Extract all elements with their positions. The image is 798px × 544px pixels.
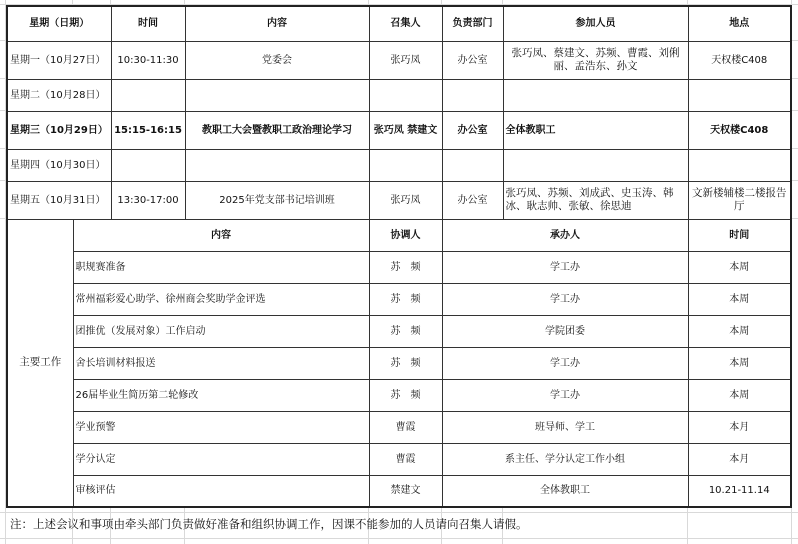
task-time: 本月 [688, 443, 791, 475]
main-work-row: 职规赛准备 苏 频 学工办 本周 [7, 251, 791, 283]
header-time: 时间 [111, 6, 185, 41]
task-coordinator: 苏 频 [369, 315, 442, 347]
department-cell [442, 79, 503, 111]
time-cell: 15:15-16:15 [111, 111, 185, 149]
location-cell: 天权楼C408 [688, 41, 791, 79]
task-handler: 学工办 [442, 379, 688, 411]
main-work-section-label: 主要工作 [7, 219, 73, 507]
task-handler: 班导师、学工 [442, 411, 688, 443]
convener-cell [369, 79, 442, 111]
time-cell [111, 79, 185, 111]
task-handler: 系主任、学分认定工作小组 [442, 443, 688, 475]
schedule-row-friday: 星期五（10月31日） 13:30-17:00 2025年党支部书记培训班 张巧… [7, 181, 791, 219]
header-day: 星期（日期） [7, 6, 111, 41]
schedule-row-wednesday: 星期三（10月29日） 15:15-16:15 教职工大会暨教职工政治理论学习 … [7, 111, 791, 149]
department-cell: 办公室 [442, 111, 503, 149]
main-work-row: 学业预警 曹霞 班导师、学工 本月 [7, 411, 791, 443]
task-content: 职规赛准备 [73, 251, 369, 283]
department-cell [442, 149, 503, 181]
department-cell: 办公室 [442, 41, 503, 79]
convener-cell [369, 149, 442, 181]
task-coordinator: 苏 频 [369, 283, 442, 315]
content-cell [185, 79, 369, 111]
header-attendees: 参加人员 [503, 6, 688, 41]
task-handler: 学工办 [442, 251, 688, 283]
task-content: 学业预警 [73, 411, 369, 443]
main-work-header-content: 内容 [73, 219, 369, 251]
task-time: 本周 [688, 315, 791, 347]
day-cell: 星期二（10月28日） [7, 79, 111, 111]
content-cell [185, 149, 369, 181]
task-coordinator: 禁建文 [369, 475, 442, 507]
task-time: 本周 [688, 251, 791, 283]
time-cell: 10:30-11:30 [111, 41, 185, 79]
weekly-schedule-table: 星期（日期） 时间 内容 召集人 负责部门 参加人员 地点 星期一（10月27日… [6, 5, 792, 508]
main-work-header-time: 时间 [688, 219, 791, 251]
task-content: 学分认定 [73, 443, 369, 475]
task-content: 常州福彩爱心助学、徐州商会奖助学金评选 [73, 283, 369, 315]
main-work-header-row: 主要工作 内容 协调人 承办人 时间 [7, 219, 791, 251]
header-department: 负责部门 [442, 6, 503, 41]
schedule-row-monday: 星期一（10月27日） 10:30-11:30 党委会 张巧凤 办公室 张巧凤、… [7, 41, 791, 79]
task-coordinator: 苏 频 [369, 251, 442, 283]
task-coordinator: 曹霞 [369, 443, 442, 475]
task-time: 本周 [688, 379, 791, 411]
main-work-header-coordinator: 协调人 [369, 219, 442, 251]
task-time: 10.21-11.14 [688, 475, 791, 507]
convener-cell: 张巧凤 禁建文 [369, 111, 442, 149]
main-work-row: 舍长培训材料报送 苏 频 学工办 本周 [7, 347, 791, 379]
day-cell: 星期五（10月31日） [7, 181, 111, 219]
convener-cell: 张巧凤 [369, 181, 442, 219]
attendees-cell [503, 79, 688, 111]
content-cell: 2025年党支部书记培训班 [185, 181, 369, 219]
task-coordinator: 曹霞 [369, 411, 442, 443]
header-convener: 召集人 [369, 6, 442, 41]
main-work-row: 26届毕业生简历第二轮修改 苏 频 学工办 本周 [7, 379, 791, 411]
department-cell: 办公室 [442, 181, 503, 219]
location-cell: 文新楼辅楼二楼报告厅 [688, 181, 791, 219]
task-handler: 学工办 [442, 283, 688, 315]
schedule-row-thursday: 星期四（10月30日） [7, 149, 791, 181]
content-cell: 教职工大会暨教职工政治理论学习 [185, 111, 369, 149]
day-cell: 星期三（10月29日） [7, 111, 111, 149]
attendees-cell: 全体教职工 [503, 111, 688, 149]
task-content: 舍长培训材料报送 [73, 347, 369, 379]
task-time: 本周 [688, 283, 791, 315]
convener-cell: 张巧凤 [369, 41, 442, 79]
main-work-row: 学分认定 曹霞 系主任、学分认定工作小组 本月 [7, 443, 791, 475]
main-work-row: 团推优（发展对象）工作启动 苏 频 学院团委 本周 [7, 315, 791, 347]
location-cell [688, 79, 791, 111]
main-work-row: 审核评估 禁建文 全体教职工 10.21-11.14 [7, 475, 791, 507]
day-cell: 星期四（10月30日） [7, 149, 111, 181]
task-time: 本月 [688, 411, 791, 443]
task-time: 本周 [688, 347, 791, 379]
main-work-row: 常州福彩爱心助学、徐州商会奖助学金评选 苏 频 学工办 本周 [7, 283, 791, 315]
schedule-row-tuesday: 星期二（10月28日） [7, 79, 791, 111]
task-handler: 学院团委 [442, 315, 688, 347]
location-cell [688, 149, 791, 181]
task-handler: 学工办 [442, 347, 688, 379]
task-handler: 全体教职工 [442, 475, 688, 507]
footnote: 注：上述会议和事项由牵头部门负责做好准备和组织协调工作，因课不能参加的人员请向召… [10, 516, 528, 532]
task-coordinator: 苏 频 [369, 347, 442, 379]
header-content: 内容 [185, 6, 369, 41]
attendees-cell: 张巧凤、苏频、刘成武、史玉涛、韩冰、耿志帅、张敏、徐思迪 [503, 181, 688, 219]
schedule-header-row: 星期（日期） 时间 内容 召集人 负责部门 参加人员 地点 [7, 6, 791, 41]
location-cell: 天权楼C408 [688, 111, 791, 149]
day-cell: 星期一（10月27日） [7, 41, 111, 79]
attendees-cell [503, 149, 688, 181]
header-location: 地点 [688, 6, 791, 41]
task-coordinator: 苏 频 [369, 379, 442, 411]
task-content: 26届毕业生简历第二轮修改 [73, 379, 369, 411]
content-cell: 党委会 [185, 41, 369, 79]
task-content: 团推优（发展对象）工作启动 [73, 315, 369, 347]
task-content: 审核评估 [73, 475, 369, 507]
attendees-cell: 张巧凤、蔡建文、苏频、曹霞、刘俐丽、孟浩东、孙文 [503, 41, 688, 79]
main-work-header-handler: 承办人 [442, 219, 688, 251]
time-cell [111, 149, 185, 181]
time-cell: 13:30-17:00 [111, 181, 185, 219]
